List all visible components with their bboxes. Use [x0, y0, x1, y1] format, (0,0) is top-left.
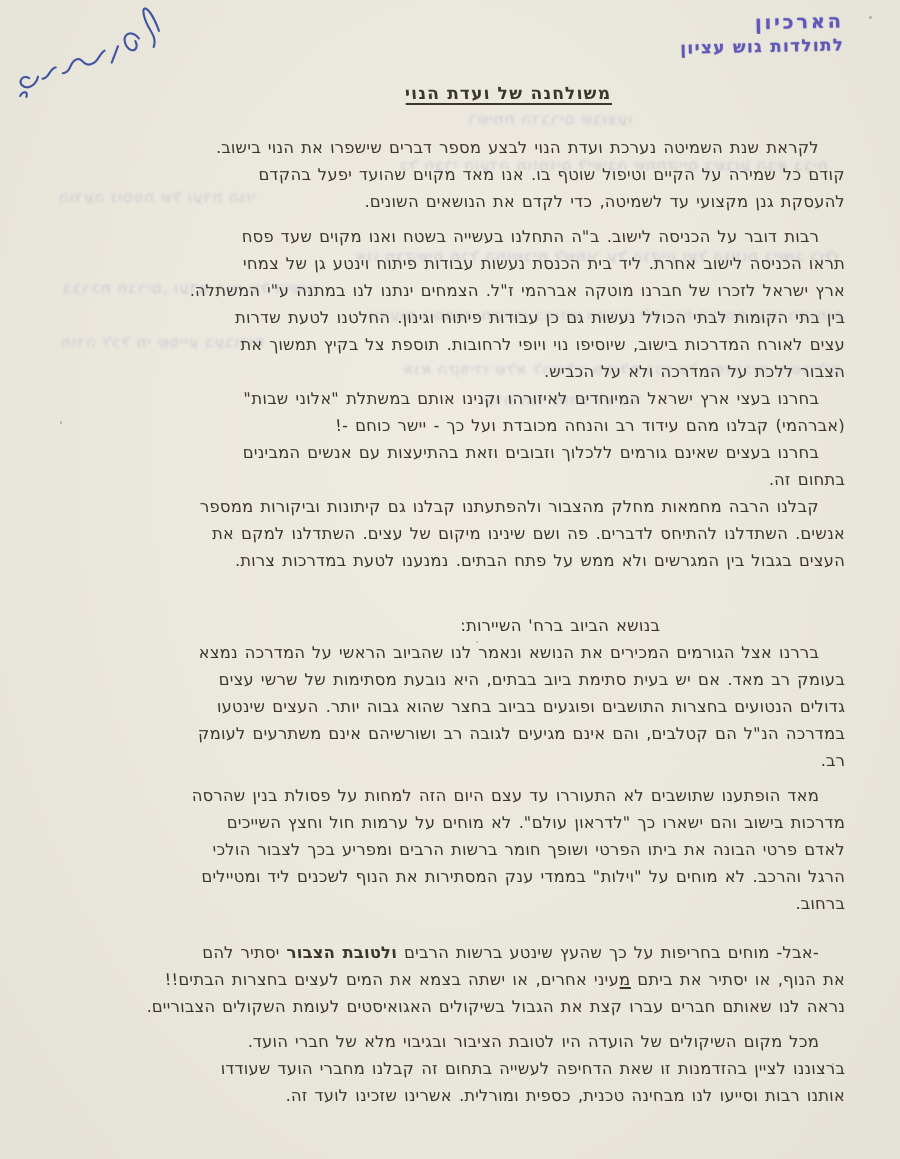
text-line: אותנו רבות וסייעו לנו מבחינה טכנית, כספי… — [37, 1082, 846, 1109]
document-title: משולחנה של ועדת הנוי — [404, 84, 612, 104]
text-line: העצים בגבול בין המגרשים ולא ממש על פתח ה… — [37, 547, 846, 574]
text-line: בחרנו בעצים שאינם גורמים ללכלוך וזבובים … — [37, 439, 846, 466]
paragraph: -אבל- מוחים בחריפות על כך שהעץ שינטע ברש… — [38, 939, 845, 1020]
text-line: נראה לנו שאותם חברים עברו קצת את הגבול ב… — [37, 993, 846, 1020]
text-line: תראו הכניסה לישוב אחרת. ליד בית הכנסת נע… — [37, 250, 846, 277]
text-segment: את הנוף, או יסתיר את ביתם — [630, 970, 846, 989]
section-heading: בנושא הביוב ברח' השיירות: — [38, 612, 845, 639]
text-line: עצים לאורח המדרכות בישוב, שיוסיפו נוי וי… — [37, 331, 846, 358]
archive-stamp: הארכיון לתולדות גוש עציון — [680, 10, 845, 59]
text-segment: -אבל- מוחים בחריפות על כך שהעץ שינטע ברש… — [396, 943, 819, 962]
text-line: -אבל- מוחים בחריפות על כך שהעץ שינטע ברש… — [37, 939, 846, 966]
text-line: מכל מקום השיקולים של הועדה היו לטובת הצי… — [37, 1028, 846, 1055]
text-line: ברחוב. — [37, 890, 846, 917]
paragraph: בחרנו בעצים שאינם גורמים ללכלוך וזבובים … — [38, 439, 845, 493]
paragraph: מכל מקום השיקולים של הועדה היו לטובת הצי… — [38, 1028, 845, 1109]
paper-speck — [60, 421, 62, 424]
paragraph: בררנו אצל הגורמים המכירים את הנושא ונאמר… — [38, 639, 845, 774]
text-line: לקראת שנת השמיטה נערכת ועדת הנוי לבצע מס… — [37, 134, 846, 161]
text-line: קודם כל שמירה על הקיים וטיפול שוטף בו. א… — [37, 161, 846, 188]
text-line: ארץ ישראל לזכרו של חברנו מוטקה אברהמי ז"… — [37, 277, 846, 304]
stamp-line-2: לתולדות גוש עציון — [680, 35, 844, 59]
stamp-line-1: הארכיון — [680, 10, 844, 37]
document-body: לקראת שנת השמיטה נערכת ועדת הנוי לבצע מס… — [38, 134, 845, 1109]
bleed-through-line: רשימת הדברים שבוצעו — [467, 110, 632, 128]
paragraph: רבות דובר על הכניסה לישוב. ב"ה התחלנו בע… — [38, 223, 845, 385]
text-line: במדרכה הנ"ל הם קטלבים, והם אינם מגיעים ל… — [37, 720, 846, 747]
text-line: רבות דובר על הכניסה לישוב. ב"ה התחלנו בע… — [37, 223, 846, 250]
text-line: בחרנו בעצי ארץ ישראל המיוחדים לאיזורהו ו… — [37, 385, 846, 412]
paper-speck — [560, 236, 562, 238]
text-line: בתחום זה. — [37, 466, 846, 493]
text-line: בררנו אצל הגורמים המכירים את הנושא ונאמר… — [37, 639, 846, 666]
paragraph: מאד הופתענו שתושבים לא התעוררו עד עצם הי… — [38, 782, 845, 917]
document-page: רשימת הדברים שבוצעוכל חברי הועדה מוזמנים… — [0, 0, 900, 1159]
text-line: ברצוננו לציין בהזדמנות זו שאת הדחיפה לעש… — [37, 1055, 846, 1082]
text-line: בנושא הביוב ברח' השיירות: — [37, 612, 846, 639]
text-line: הצבור ללכת על המדרכה ולא על הכביש. — [37, 358, 846, 385]
text-segment: עיני אחרים, או ישתה בצמא את המים לעצים ב… — [164, 970, 620, 989]
paper-speck — [476, 641, 478, 643]
text-line: קבלנו הרבה מחמאות מחלק מהצבור ולהפתעתנו … — [37, 493, 846, 520]
text-line: את הנוף, או יסתיר את ביתם מעיני אחרים, א… — [37, 966, 846, 993]
paragraph: קבלנו הרבה מחמאות מחלק מהצבור ולהפתעתנו … — [38, 493, 845, 574]
text-line: להעסקת גנן מקצועי עד לשמיטה, כדי לקדם את… — [37, 188, 846, 215]
text-line: מאד הופתענו שתושבים לא התעוררו עד עצם הי… — [37, 782, 846, 809]
paragraph: לקראת שנת השמיטה נערכת ועדת הנוי לבצע מס… — [38, 134, 845, 215]
text-line: מדרכות בישוב והם ישארו כך "לדראון עולם".… — [37, 809, 846, 836]
paper-speck — [832, 1063, 834, 1065]
text-line: (אברהמי) קבלנו מהם עידוד רב והנחה מכובדת… — [37, 412, 846, 439]
text-line: בין בתי הקומות לבתי הכולל נעשות גם כן עב… — [37, 304, 846, 331]
paragraph: בחרנו בעצי ארץ ישראל המיוחדים לאיזורהו ו… — [38, 385, 845, 439]
text-line: גדולים הנטועים בחצרות התושבים ופוגעים בב… — [37, 693, 846, 720]
paper-speck — [869, 16, 872, 19]
text-segment: ולטובת הצבור — [286, 943, 398, 962]
text-line: אנשים. השתדלנו להתיחס לדברים. פה ושם שינ… — [37, 520, 846, 547]
text-line: רב. — [37, 747, 846, 774]
text-line: בעומק רב מאד. אם יש בעית סתימת ביוב בבתי… — [37, 666, 846, 693]
text-line: הרגל והרכב. לא מוחים על "וילות" בממדי ענ… — [37, 863, 846, 890]
text-line: לאדם פרטי הבונה את ביתו הפרטי ושופך חומר… — [37, 836, 846, 863]
text-segment: יסתיר להם — [202, 943, 288, 962]
